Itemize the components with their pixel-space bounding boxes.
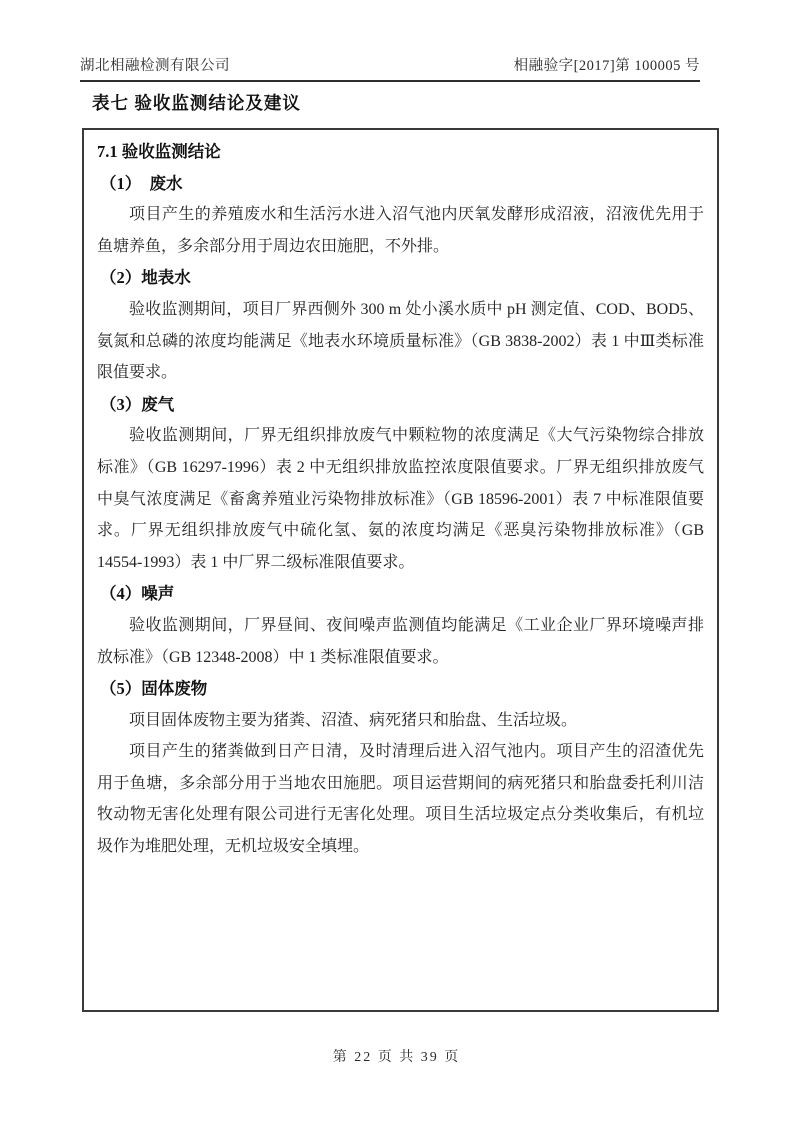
paragraph-solid-waste-1: 项目固体废物主要为猪粪、沼渣、病死猪只和胎盘、生活垃圾。 (97, 705, 704, 737)
page-title: 表七 验收监测结论及建议 (92, 90, 301, 115)
header-doc-number: 相融验字[2017]第 100005 号 (514, 54, 700, 75)
paragraph-wastewater: 项目产生的养殖废水和生活污水进入沼气池内厌氧发酵形成沼液，沼液优先用于鱼塘养鱼，… (97, 199, 704, 262)
header-company-name: 湖北相融检测有限公司 (80, 54, 230, 75)
section-title-7-1: 7.1 验收监测结论 (97, 136, 704, 168)
subsection-heading-solid-waste: （5）固体废物 (97, 673, 704, 705)
paragraph-waste-gas: 验收监测期间，厂界无组织排放废气中颗粒物的浓度满足《大气污染物综合排放标准》（G… (97, 420, 704, 578)
page-header: 湖北相融检测有限公司 相融验字[2017]第 100005 号 (80, 54, 700, 82)
page-number: 第 22 页 共 39 页 (0, 1046, 793, 1066)
subsection-heading-wastewater: （1） 废水 (97, 168, 704, 200)
subsection-heading-surface-water: （2）地表水 (97, 262, 704, 294)
subsection-heading-noise: （4）噪声 (97, 578, 704, 610)
content-box: 7.1 验收监测结论 （1） 废水 项目产生的养殖废水和生活污水进入沼气池内厌氧… (82, 128, 719, 1012)
paragraph-noise: 验收监测期间，厂界昼间、夜间噪声监测值均能满足《工业企业厂界环境噪声排放标准》（… (97, 610, 704, 673)
subsection-heading-waste-gas: （3）废气 (97, 389, 704, 421)
paragraph-surface-water: 验收监测期间，项目厂界西侧外 300 m 处小溪水质中 pH 测定值、COD、B… (97, 294, 704, 389)
paragraph-solid-waste-2: 项目产生的猪粪做到日产日清，及时清理后进入沼气池内。项目产生的沼渣优先用于鱼塘，… (97, 736, 704, 862)
